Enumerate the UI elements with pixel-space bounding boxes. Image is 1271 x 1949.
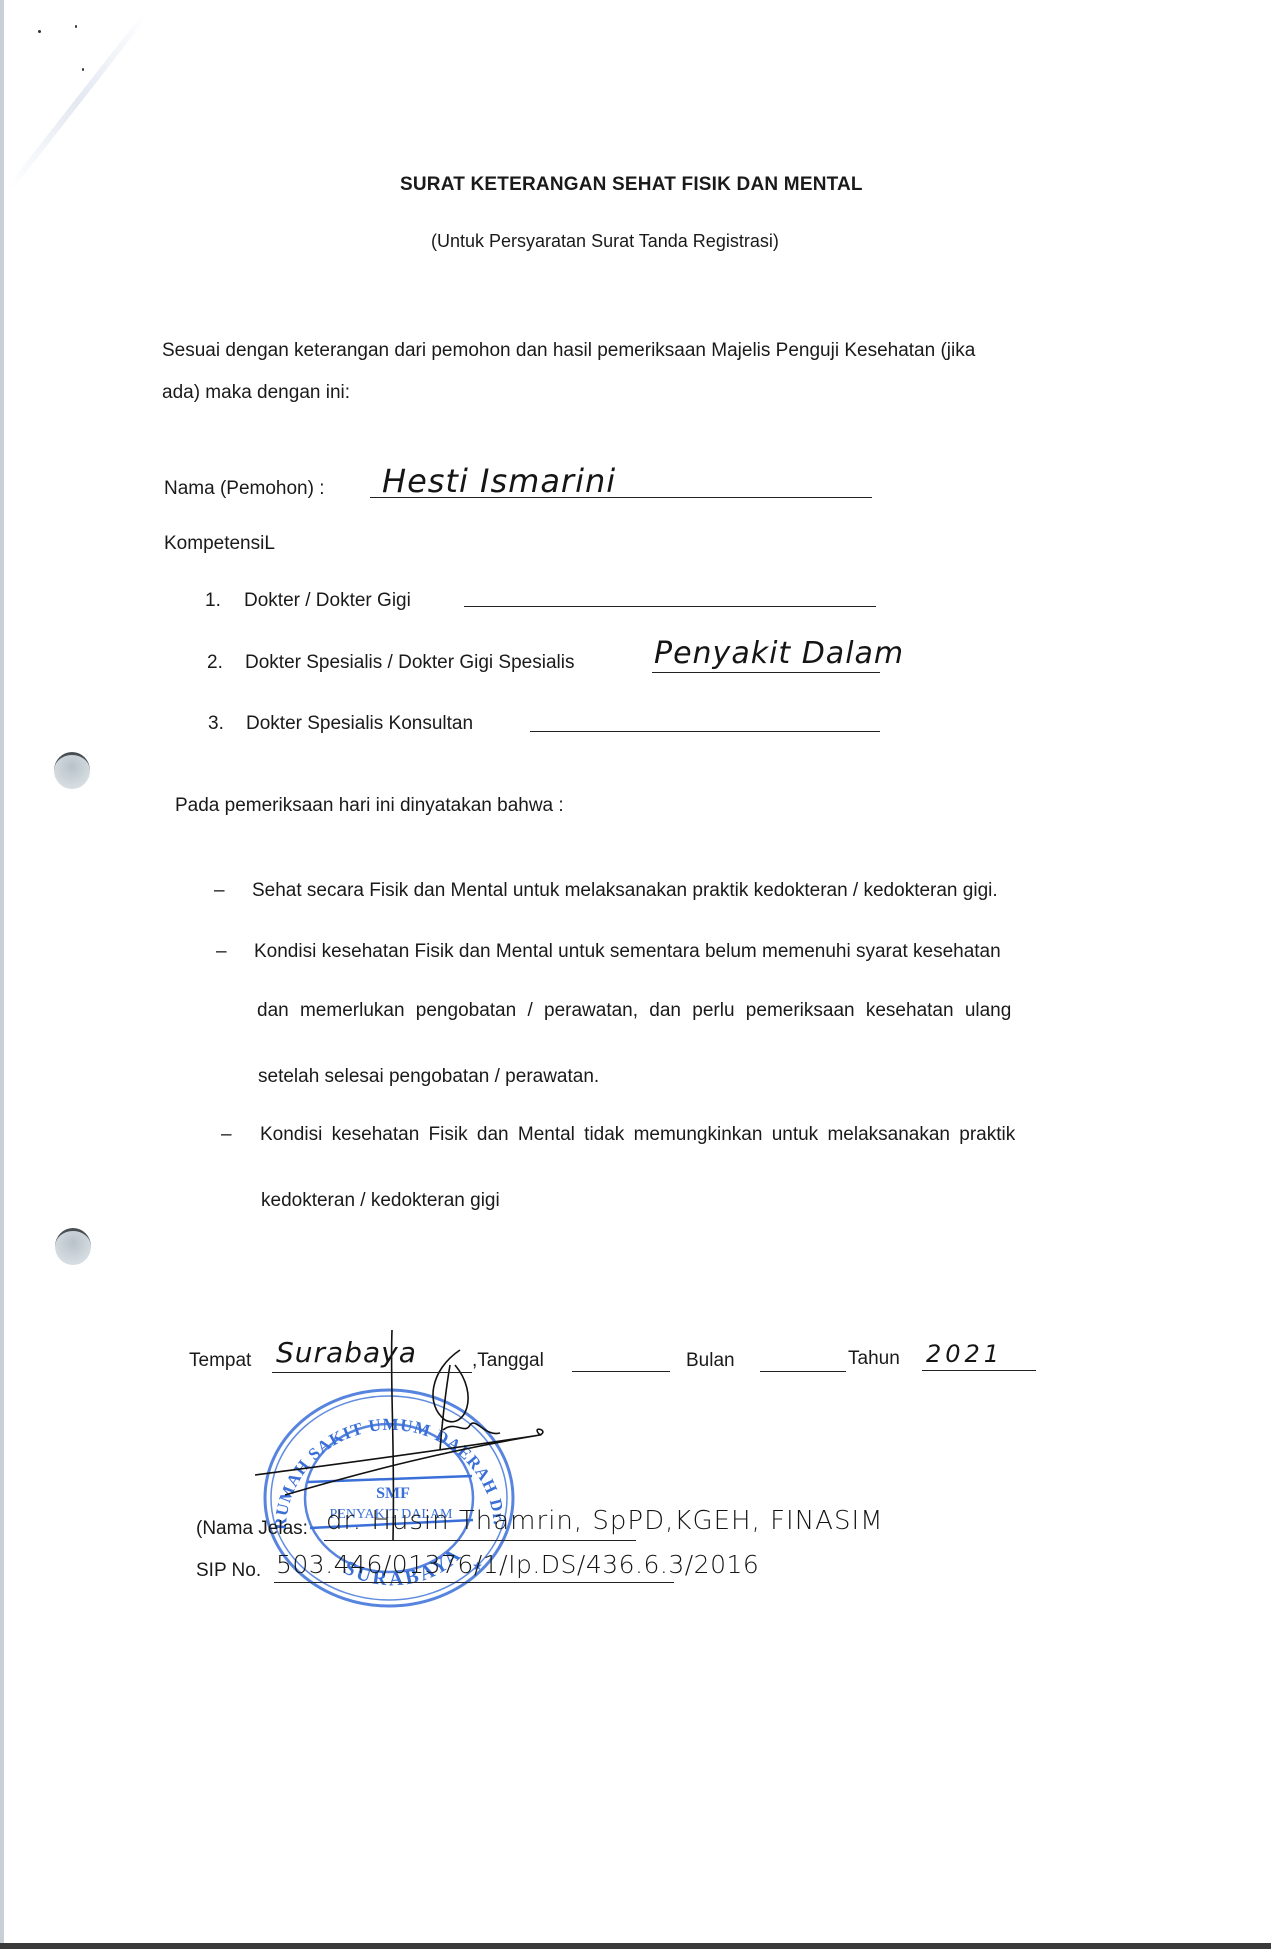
examination-intro: Pada pemeriksaan hari ini dinyatakan bah… bbox=[175, 795, 564, 817]
competency-label: KompetensiL bbox=[164, 533, 275, 555]
document-title: SURAT KETERANGAN SEHAT FISIK DAN MENTAL bbox=[400, 174, 863, 196]
stamp-inner-line-1: SMF bbox=[376, 1485, 410, 1502]
sip-label: SIP No. bbox=[196, 1560, 261, 1582]
punch-hole bbox=[54, 752, 90, 789]
statement-2-line-2: dan memerlukan pengobatan / perawatan, d… bbox=[257, 1000, 1011, 1022]
document-subtitle: (Untuk Persyaratan Surat Tanda Registras… bbox=[431, 231, 779, 252]
statement-3-line-2: kedokteran / kedokteran gigi bbox=[261, 1190, 500, 1212]
punch-hole bbox=[55, 1228, 91, 1265]
doctor-name-handwritten[interactable]: dr. Husin Thamrin, SpPD,KGEH, FINASIM bbox=[326, 1506, 884, 1536]
competency-2-handwritten[interactable]: Penyakit Dalam bbox=[654, 636, 904, 671]
place-label: Tempat bbox=[189, 1350, 251, 1372]
date-label: ,Tanggal bbox=[472, 1350, 544, 1372]
statement-2-bullet: – bbox=[216, 941, 227, 963]
statement-2-line-1: Kondisi kesehatan Fisik dan Mental untuk… bbox=[254, 941, 1001, 963]
scan-speck bbox=[75, 25, 77, 28]
sip-handwritten[interactable]: 503.446/01376/1/Ip.DS/436.6.3/2016 bbox=[276, 1550, 759, 1579]
page-edge bbox=[0, 0, 4, 1949]
intro-line-2: ada) maka dengan ini: bbox=[162, 382, 350, 404]
competency-3-label: Dokter Spesialis Konsultan bbox=[246, 713, 473, 735]
year-handwritten[interactable]: 2021 bbox=[926, 1340, 1003, 1368]
date-field-line[interactable] bbox=[572, 1371, 670, 1372]
year-label: Tahun bbox=[848, 1348, 900, 1370]
month-label: Bulan bbox=[686, 1350, 735, 1372]
applicant-label: Nama (Pemohon) : bbox=[164, 478, 325, 500]
statement-1-line-1: Sehat secara Fisik dan Mental untuk mela… bbox=[252, 880, 998, 902]
place-field-line bbox=[272, 1372, 472, 1373]
competency-3-field-line[interactable] bbox=[530, 731, 880, 732]
doctor-name-field-line bbox=[324, 1540, 636, 1541]
scan-speck bbox=[82, 68, 84, 71]
paper-crease bbox=[8, 13, 148, 190]
sip-field-line bbox=[274, 1582, 674, 1583]
competency-3-number: 3. bbox=[208, 713, 224, 735]
page-edge-bottom bbox=[0, 1943, 1271, 1949]
statement-2-line-3: setelah selesai pengobatan / perawatan. bbox=[258, 1066, 599, 1088]
applicant-name-handwritten[interactable]: Hesti Ismarini bbox=[382, 462, 616, 500]
competency-2-number: 2. bbox=[207, 652, 223, 674]
scan-speck bbox=[38, 30, 41, 33]
year-field-line bbox=[922, 1370, 1036, 1371]
statement-1-bullet: – bbox=[214, 880, 225, 902]
place-handwritten[interactable]: Surabaya bbox=[276, 1336, 417, 1369]
competency-2-field-line bbox=[652, 672, 880, 673]
statement-3-line-1: Kondisi kesehatan Fisik dan Mental tidak… bbox=[260, 1124, 1015, 1146]
intro-line-1: Sesuai dengan keterangan dari pemohon da… bbox=[162, 340, 975, 362]
competency-2-label: Dokter Spesialis / Dokter Gigi Spesialis bbox=[245, 652, 574, 674]
competency-1-label: Dokter / Dokter Gigi bbox=[244, 590, 411, 612]
competency-1-field-line[interactable] bbox=[464, 606, 876, 607]
doctor-name-label: (Nama Jelas: bbox=[196, 1518, 308, 1540]
month-field-line[interactable] bbox=[760, 1371, 846, 1372]
competency-1-number: 1. bbox=[205, 590, 221, 612]
statement-3-bullet: – bbox=[221, 1124, 232, 1146]
